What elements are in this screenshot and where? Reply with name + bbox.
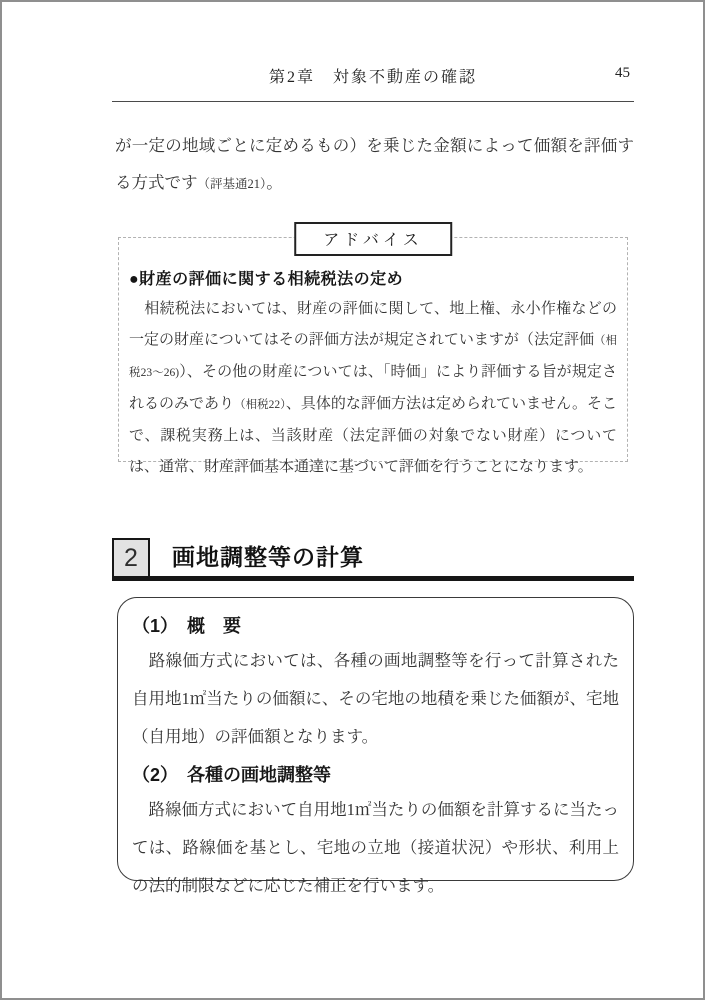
advice-citation-2: （相税22）	[234, 399, 286, 411]
section-header: 2 画地調整等の計算	[112, 538, 634, 581]
advice-text-1: 相続税法においては、財産の評価に関して、地上権、永小作権などの一定の財産について…	[129, 301, 617, 348]
chapter-title: 第2章 対象不動産の確認	[112, 64, 634, 87]
advice-heading: ●財産の評価に関する相続税法の定め	[129, 266, 617, 289]
intro-text-end: 。	[266, 173, 283, 192]
subsection-2-heading: （2） 各種の画地調整等	[132, 760, 619, 790]
page-header: 第2章 対象不動産の確認 45	[112, 64, 634, 102]
advice-body: 相続税法においては、財産の評価に関して、地上権、永小作権などの一定の財産について…	[129, 294, 617, 483]
advice-box: アドバイス ●財産の評価に関する相続税法の定め 相続税法においては、財産の評価に…	[118, 237, 628, 462]
subsection-1-heading: （1） 概 要	[132, 611, 619, 641]
advice-label: アドバイス	[294, 222, 452, 256]
page-number: 45	[615, 65, 630, 82]
intro-citation-note: （評基通21）	[198, 177, 267, 191]
section-number-box: 2	[112, 538, 150, 576]
section-title: 画地調整等の計算	[172, 539, 364, 576]
subsection-1-body: 路線価方式においては、各種の画地調整等を行って計算された自用地1㎡当たりの価額に…	[132, 642, 619, 756]
intro-paragraph: が一定の地域ごとに定めるもの）を乗じた金額によって価額を評価する方式です（評基通…	[115, 127, 634, 203]
subsection-2-body: 路線価方式において自用地1㎡当たりの価額を計算するに当たっては、路線価を基とし、…	[132, 791, 619, 905]
content-box: （1） 概 要 路線価方式においては、各種の画地調整等を行って計算された自用地1…	[117, 597, 634, 881]
intro-text: が一定の地域ごとに定めるもの）を乗じた金額によって価額を評価する方式です	[115, 136, 634, 192]
